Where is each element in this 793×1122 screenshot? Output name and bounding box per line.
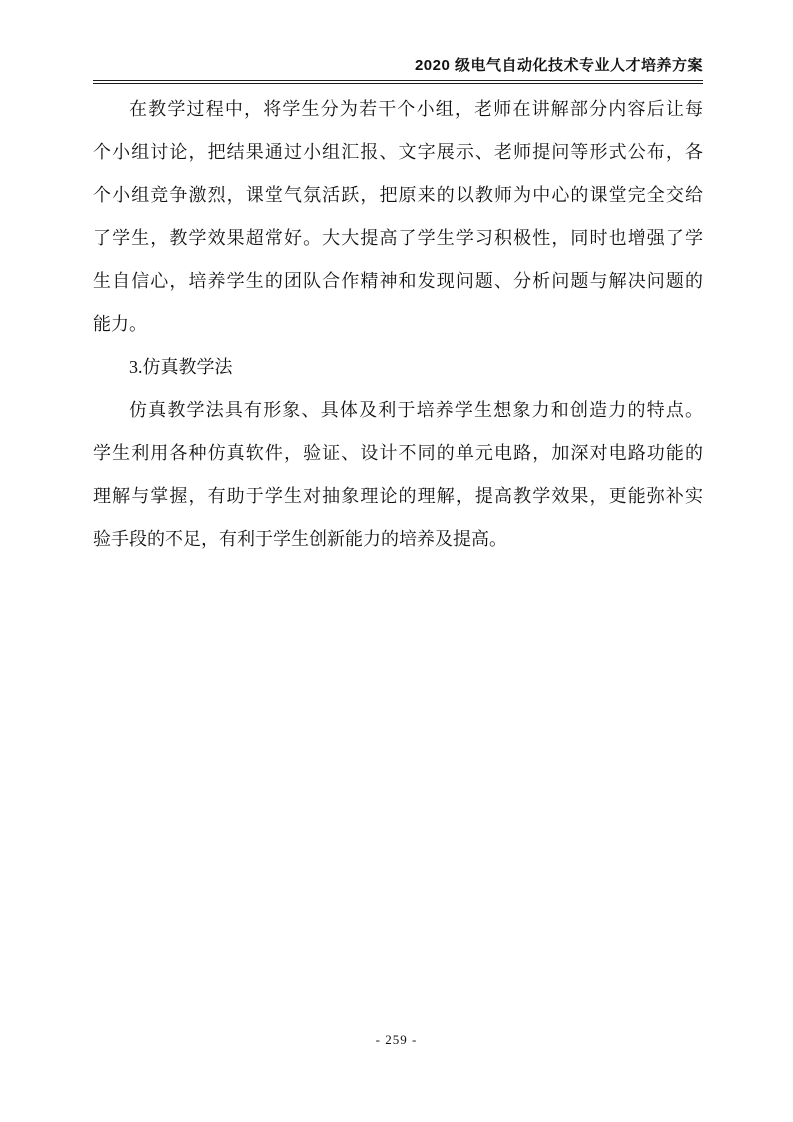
paragraph-line: 能力。 xyxy=(93,303,703,346)
paragraph-line: 验手段的不足，有利于学生创新能力的培养及提高。 xyxy=(93,518,703,561)
page-number: - 259 - xyxy=(376,1032,418,1047)
paragraph-line: 仿真教学法具有形象、具体及利于培养学生想象力和创造力的特点。 xyxy=(93,389,703,432)
paragraph-line: 个小组讨论，把结果通过小组汇报、文字展示、老师提问等形式公布，各 xyxy=(93,131,703,174)
header-title: 2020 级电气自动化技术专业人才培养方案 xyxy=(93,56,703,76)
paragraph-line: 在教学过程中，将学生分为若干个小组，老师在讲解部分内容后让每 xyxy=(93,88,703,131)
paragraph-line: 生自信心，培养学生的团队合作精神和发现问题、分析问题与解决问题的 xyxy=(93,260,703,303)
header-double-rule xyxy=(93,80,703,84)
page-header: 2020 级电气自动化技术专业人才培养方案 xyxy=(93,56,703,84)
paragraph-line: 学生利用各种仿真软件，验证、设计不同的单元电路，加深对电路功能的 xyxy=(93,432,703,475)
paragraph-line: 了学生，教学效果超常好。大大提高了学生学习积极性，同时也增强了学 xyxy=(93,217,703,260)
section-heading: 3.仿真教学法 xyxy=(93,346,703,389)
page-footer: - 259 - xyxy=(0,1032,793,1048)
document-page: 2020 级电气自动化技术专业人才培养方案 在教学过程中，将学生分为若干个小组，… xyxy=(0,0,793,1122)
body-text: 在教学过程中，将学生分为若干个小组，老师在讲解部分内容后让每 个小组讨论，把结果… xyxy=(93,88,703,561)
paragraph-line: 理解与掌握，有助于学生对抽象理论的理解，提高教学效果，更能弥补实 xyxy=(93,475,703,518)
paragraph-line: 个小组竞争激烈，课堂气氛活跃，把原来的以教师为中心的课堂完全交给 xyxy=(93,174,703,217)
